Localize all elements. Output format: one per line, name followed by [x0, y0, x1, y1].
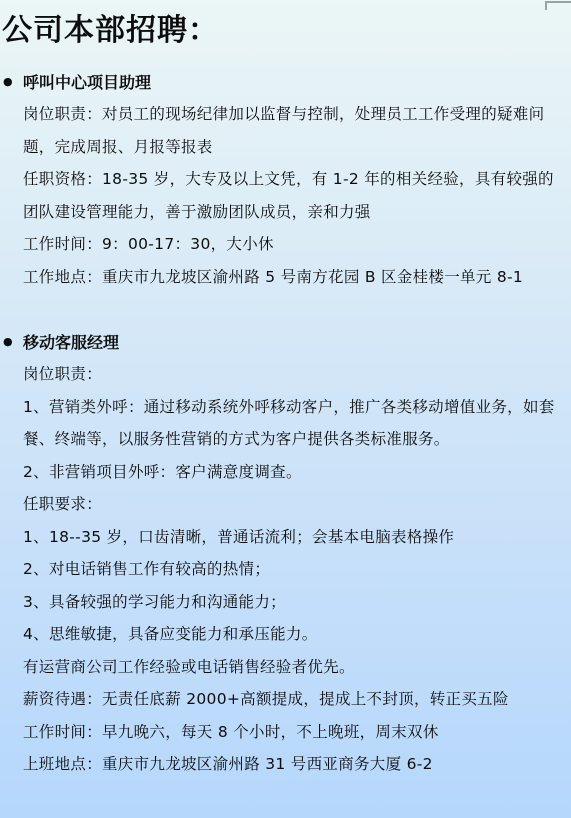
body-line: 题，完成周报、月报等报表 [23, 131, 571, 164]
body-line: 2、对电话销售工作有较高的热情； [23, 553, 571, 586]
body-line: 有运营商公司工作经验或电话销售经验者优先。 [23, 651, 571, 684]
section-heading: ● 呼叫中心项目助理 [0, 65, 571, 98]
section-call-center-assistant: ● 呼叫中心项目助理 岗位职责：对员工的现场纪律加以监督与控制，处理员工工作受理… [0, 65, 571, 293]
body-line: 薪资待遇：无责任底薪 2000+高额提成，提成上不封顶，转正买五险 [23, 683, 571, 716]
section-body: 岗位职责：对员工的现场纪律加以监督与控制，处理员工工作受理的疑难问题，完成周报、… [0, 98, 571, 293]
job-title: 移动客服经理 [23, 330, 119, 353]
body-line: 任职资格：18-35 岁，大专及以上文凭，有 1-2 年的相关经验，具有较强的 [23, 163, 571, 196]
body-line: 团队建设管理能力，善于激励团队成员，亲和力强 [23, 196, 571, 229]
section-body: 岗位职责：1、营销类外呼：通过移动系统外呼移动客户，推广各类移动增值业务，如套餐… [0, 358, 571, 781]
bullet-icon: ● [0, 325, 23, 358]
body-line: 工作地点：重庆市九龙坡区渝州路 5 号南方花园 B 区金桂楼一单元 8-1 [23, 261, 571, 294]
body-line: 1、营销类外呼：通过移动系统外呼移动客户，推广各类移动增值业务，如套 [23, 391, 571, 424]
bullet-icon: ● [0, 65, 23, 98]
job-posting-document: 公司本部招聘： ● 呼叫中心项目助理 岗位职责：对员工的现场纪律加以监督与控制，… [0, 0, 571, 818]
body-line: 任职要求： [23, 488, 571, 521]
body-line: 2、非营销项目外呼：客户满意度调查。 [23, 456, 571, 489]
body-line: 餐、终端等，以服务性营销的方式为客户提供各类标准服务。 [23, 423, 571, 456]
table-corner-mark [545, 1, 571, 10]
body-line: 岗位职责：对员工的现场纪律加以监督与控制，处理员工工作受理的疑难问 [23, 98, 571, 131]
body-line: 3、具备较强的学习能力和沟通能力； [23, 586, 571, 619]
body-line: 上班地点：重庆市九龙坡区渝州路 31 号西亚商务大厦 6-2 [23, 748, 571, 781]
body-line: 1、18--35 岁，口齿清晰，普通话流利；会基本电脑表格操作 [23, 521, 571, 554]
page-title: 公司本部招聘： [0, 0, 571, 50]
section-mobile-service-manager: ● 移动客服经理 岗位职责：1、营销类外呼：通过移动系统外呼移动客户，推广各类移… [0, 325, 571, 781]
body-line: 工作时间：早九晚六，每天 8 个小时，不上晚班，周末双休 [23, 716, 571, 749]
body-line: 工作时间：9：00-17：30，大小休 [23, 228, 571, 261]
body-line: 4、思维敏捷，具备应变能力和承压能力。 [23, 618, 571, 651]
body-line: 岗位职责： [23, 358, 571, 391]
section-heading: ● 移动客服经理 [0, 325, 571, 358]
job-title: 呼叫中心项目助理 [23, 70, 151, 93]
